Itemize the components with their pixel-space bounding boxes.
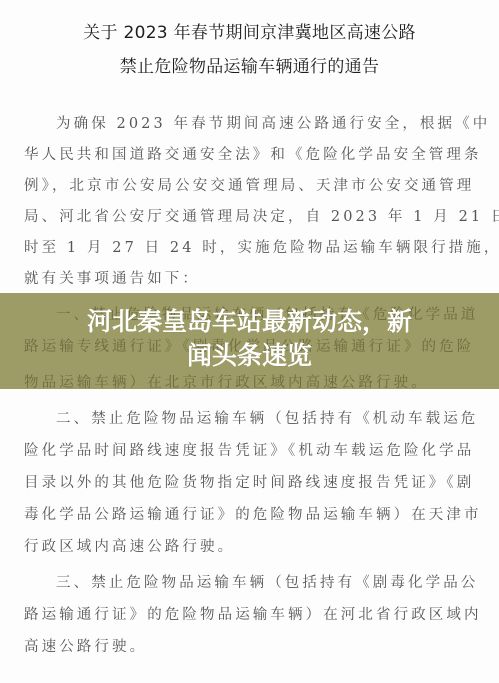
section-2-line: 目录以外的其他危险货物指定时间路线速度报告凭证》《剧 (24, 473, 464, 493)
intro-line: 时至 1 月 27 日 24 时，实施危险物品运输车辆限行措施，现 (24, 238, 464, 258)
intro-line: 局、河北省公安厅交通管理局决定，自 2023 年 1 月 21 日零 (24, 207, 464, 227)
section-3-line: 高速公路行驶。 (24, 637, 464, 657)
section-2-line: 行政区域内高速公路行驶。 (24, 537, 464, 557)
section-3-line: 三、禁止危险物品运输车辆（包括持有《剧毒化学品公 (56, 573, 496, 593)
section-1-line-obscured: 物品运输车辆）在北京市行政区域内高速公路行驶。 (24, 373, 429, 393)
headline-line-1: 河北秦皇岛车站最新动态，新 (0, 305, 499, 339)
section-3-line: 路运输通行证》的危险物品运输车辆）在河北省行政区域内 (24, 605, 464, 625)
intro-line: 就有关事项通告如下： (24, 269, 464, 289)
document-title-line-2: 禁止危险物品运输车辆通行的通告 (0, 52, 499, 77)
document-title-line-1: 关于 2023 年春节期间京津冀地区高速公路 (0, 18, 499, 43)
section-2-line: 毒化学品公路运输通行证》的危险物品运输车辆）在天津市 (24, 505, 464, 525)
intro-line: 例》，北京市公安局公安交通管理局、天津市公安交通管理 (24, 176, 464, 196)
headline-line-2: 闻头条速览 (0, 339, 499, 373)
section-2-line: 二、禁止危险物品运输车辆（包括持有《机动车载运危 (56, 409, 496, 429)
intro-line: 为确保 2023 年春节期间高速公路通行安全，根据《中 (56, 114, 496, 134)
intro-line: 华人民共和国道路交通安全法》和《危险化学品安全管理条 (24, 145, 464, 165)
section-2-line: 险化学品时间路线速度报告凭证》《机动车载运危险化学品 (24, 441, 464, 461)
